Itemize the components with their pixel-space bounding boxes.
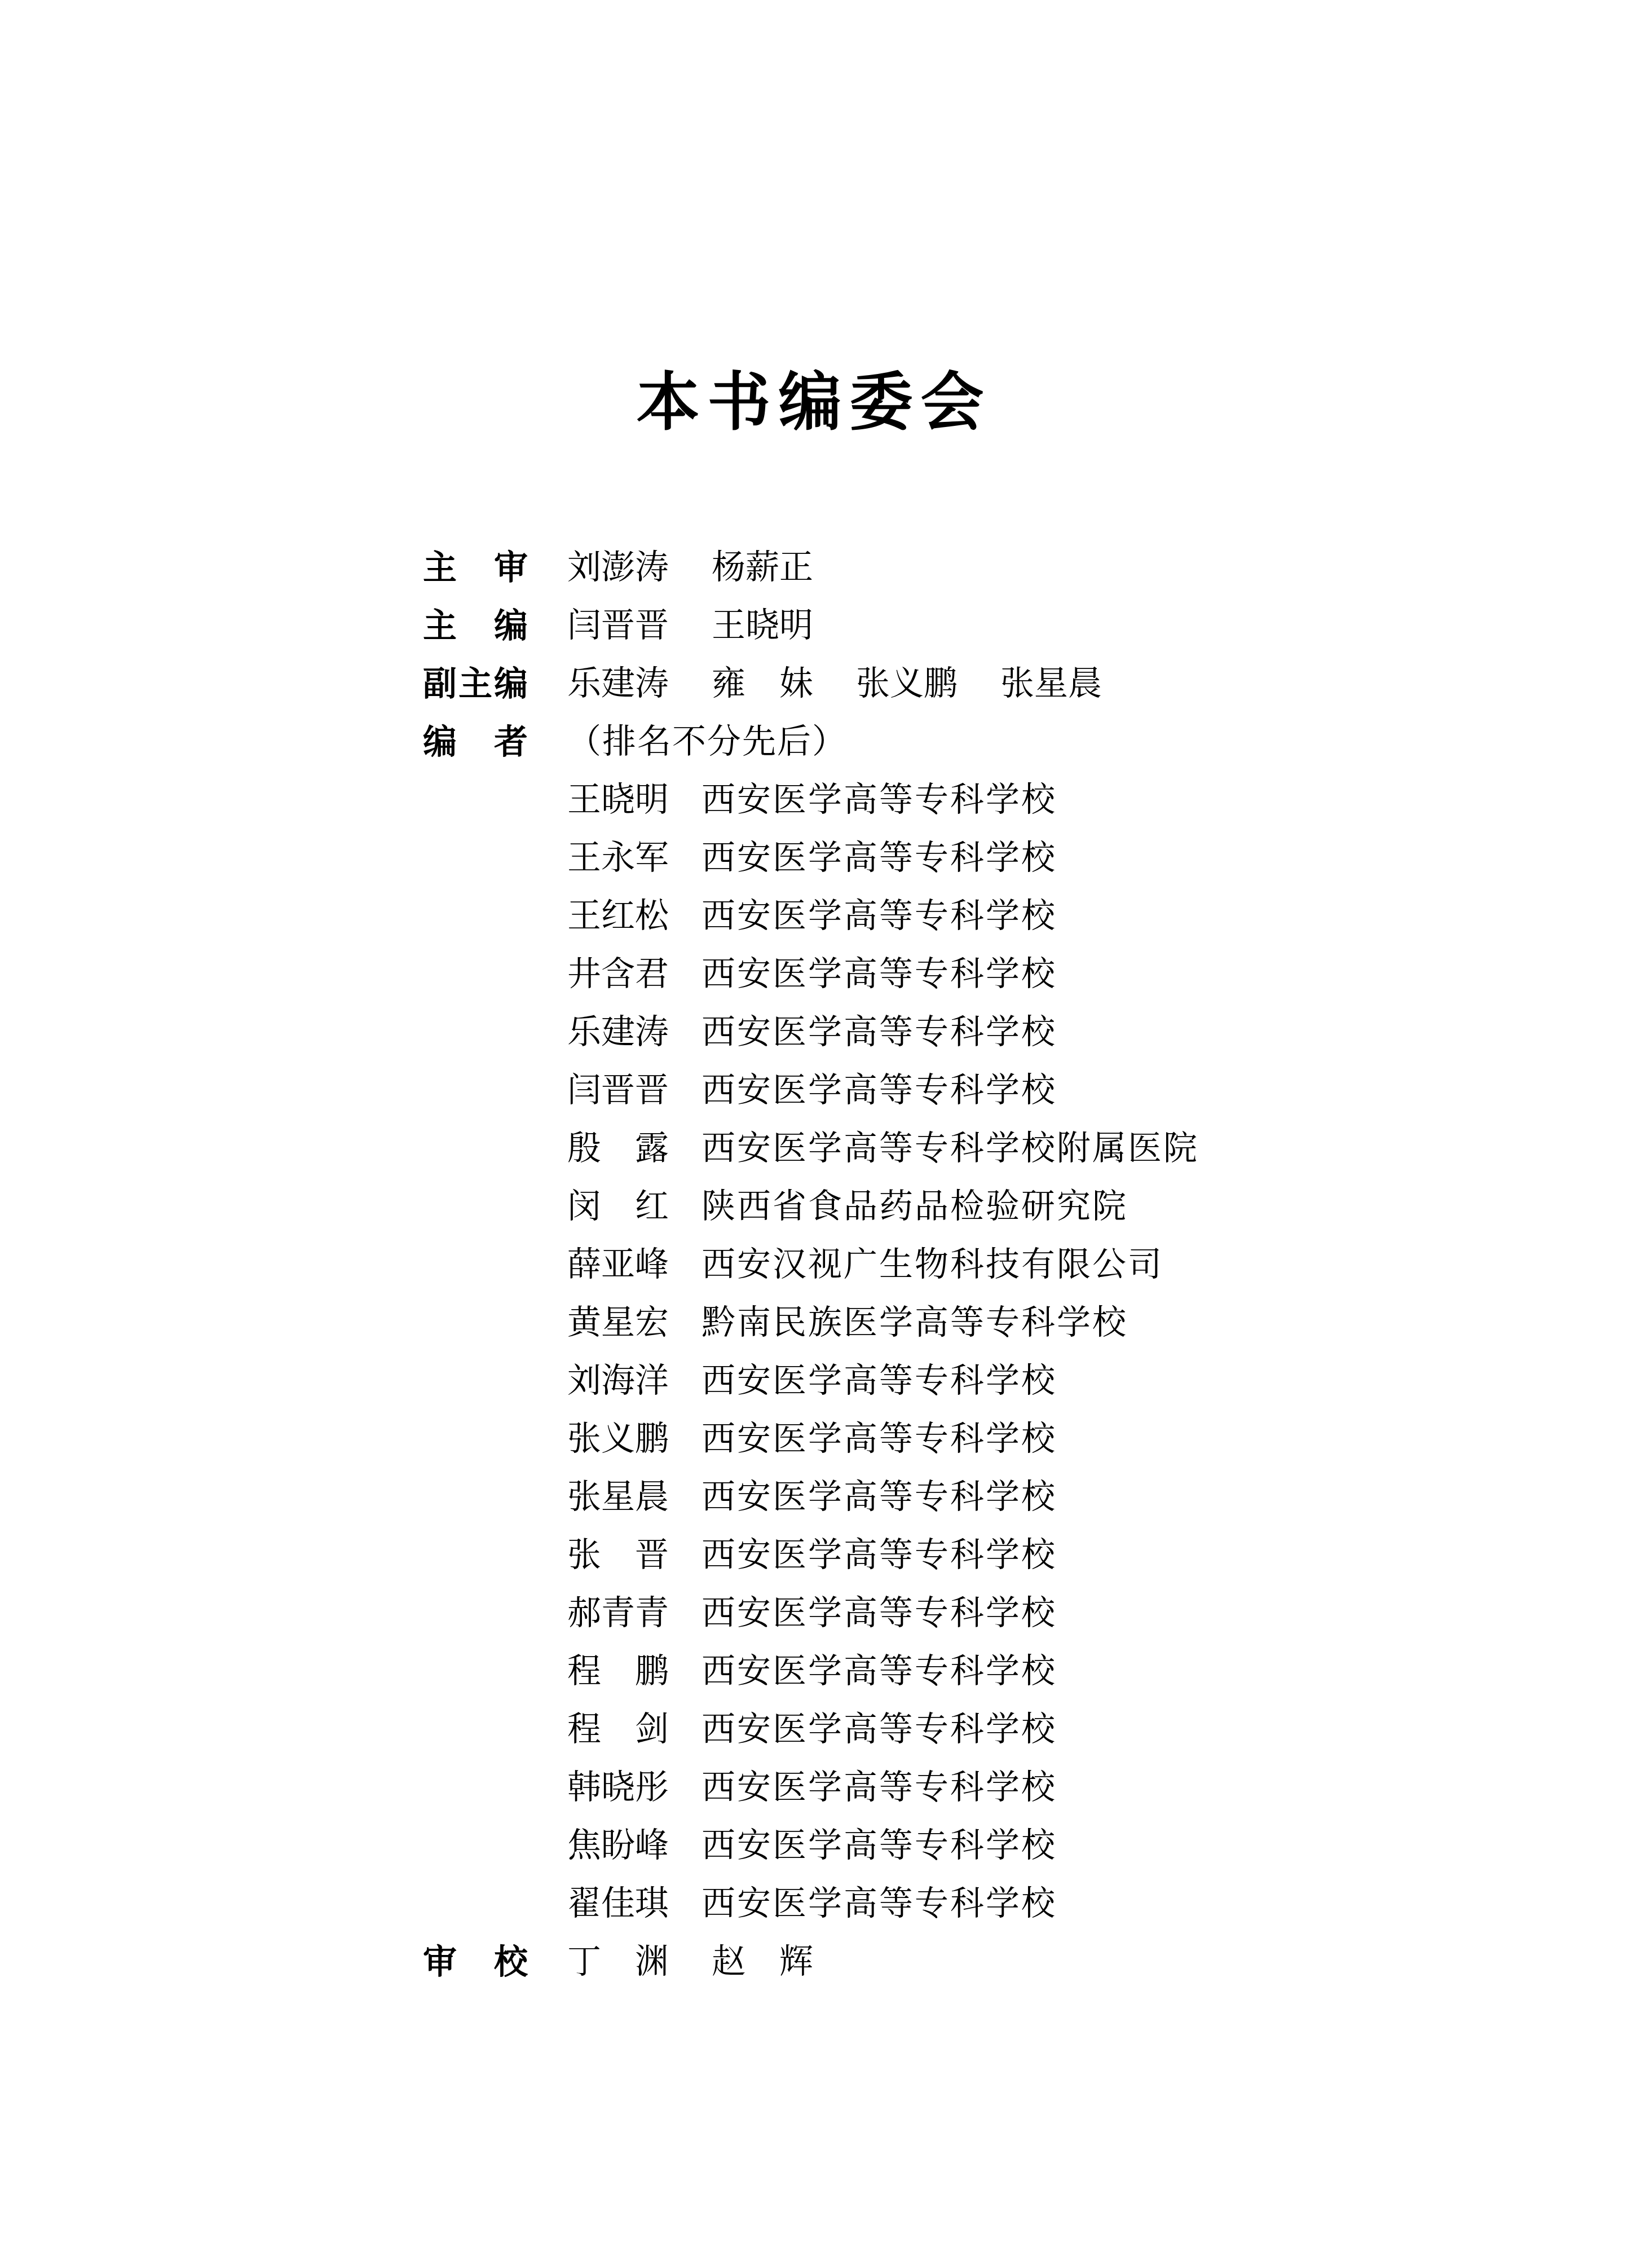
editor-affiliation: 黔南民族医学高等专科学校: [702, 1304, 1128, 1341]
person-name: 乐建涛: [567, 655, 669, 713]
person-name: 张星晨: [1000, 655, 1102, 713]
person-name: 杨薪正: [712, 539, 813, 597]
editor-affiliation: 西安医学高等专科学校: [702, 839, 1057, 877]
editor-name: 薛亚峰: [567, 1236, 669, 1294]
editor-affiliation: 西安医学高等专科学校: [702, 955, 1057, 993]
person-name: 雍 妹: [712, 655, 813, 713]
editor-name: 闵 红: [567, 1178, 669, 1236]
role-row-chief-editor: 主 编闫晋晋王晓明: [423, 597, 1199, 655]
editor-name: 乐建涛: [567, 1003, 669, 1062]
role-label: 副主编: [423, 655, 528, 713]
editor-affiliation: 西安医学高等专科学校: [702, 1711, 1057, 1748]
editor-row: 王晓明西安医学高等专科学校: [423, 771, 1199, 829]
editor-affiliation: 西安医学高等专科学校: [702, 781, 1057, 818]
editorial-board-page: 本书编委会 主 审刘澎涛杨薪正 主 编闫晋晋王晓明 副主编乐建涛雍 妹张义鹏张星…: [0, 0, 1628, 2268]
role-row-proofreaders: 审 校丁 渊赵 辉: [423, 1933, 1199, 1991]
editor-name: 井含君: [567, 945, 669, 1003]
editor-name: 黄星宏: [567, 1294, 669, 1352]
editor-name: 程 鹏: [567, 1642, 669, 1701]
editor-name: 刘海洋: [567, 1352, 669, 1410]
editor-row: 程 鹏西安医学高等专科学校: [423, 1642, 1199, 1701]
editor-row: 郝青青西安医学高等专科学校: [423, 1584, 1199, 1642]
editor-row: 王红松西安医学高等专科学校: [423, 887, 1199, 945]
editor-affiliation: 西安医学高等专科学校: [702, 1072, 1057, 1109]
editor-name: 翟佳琪: [567, 1875, 669, 1933]
editor-row: 韩晓彤西安医学高等专科学校: [423, 1759, 1199, 1817]
editor-row: 殷 露西安医学高等专科学校附属医院: [423, 1120, 1199, 1178]
editor-row: 张义鹏西安医学高等专科学校: [423, 1410, 1199, 1468]
editor-row: 王永军西安医学高等专科学校: [423, 829, 1199, 887]
editor-affiliation: 西安医学高等专科学校: [702, 1827, 1057, 1864]
page-title: 本书编委会: [0, 361, 1628, 446]
editor-name: 郝青青: [567, 1584, 669, 1642]
role-row-chief-reviewer: 主 审刘澎涛杨薪正: [423, 539, 1199, 597]
editor-affiliation: 陕西省食品药品检验研究院: [702, 1188, 1128, 1225]
editor-name: 韩晓彤: [567, 1759, 669, 1817]
role-label: 主 编: [423, 597, 528, 655]
editor-affiliation: 西安医学高等专科学校: [702, 1536, 1057, 1574]
editor-name: 殷 露: [567, 1120, 669, 1178]
person-name: 赵 辉: [712, 1933, 813, 1991]
editor-affiliation: 西安医学高等专科学校: [702, 1014, 1057, 1051]
role-label: 主 审: [423, 539, 528, 597]
editor-row: 张星晨西安医学高等专科学校: [423, 1468, 1199, 1526]
editor-affiliation: 西安汉视广生物科技有限公司: [702, 1246, 1163, 1283]
editor-name: 王红松: [567, 887, 669, 945]
role-label: 编 者: [423, 713, 528, 771]
person-name: 张义鹏: [856, 655, 958, 713]
editor-affiliation: 西安医学高等专科学校: [702, 1420, 1057, 1457]
editor-row: 薛亚峰西安汉视广生物科技有限公司: [423, 1236, 1199, 1294]
editor-affiliation: 西安医学高等专科学校: [702, 1595, 1057, 1632]
person-name: 闫晋晋: [567, 597, 669, 655]
editor-row: 井含君西安医学高等专科学校: [423, 945, 1199, 1003]
role-row-deputy-editor: 副主编乐建涛雍 妹张义鹏张星晨: [423, 655, 1199, 713]
editor-row: 程 剑西安医学高等专科学校: [423, 1701, 1199, 1759]
editor-affiliation: 西安医学高等专科学校: [702, 1769, 1057, 1806]
editor-row: 焦盼峰西安医学高等专科学校: [423, 1817, 1199, 1875]
role-row-editors: 编 者（排名不分先后）: [423, 713, 1199, 771]
editor-name: 王永军: [567, 829, 669, 887]
editor-row: 闫晋晋西安医学高等专科学校: [423, 1062, 1199, 1120]
editor-row: 乐建涛西安医学高等专科学校: [423, 1003, 1199, 1062]
editor-row: 刘海洋西安医学高等专科学校: [423, 1352, 1199, 1410]
person-name: 王晓明: [712, 597, 813, 655]
editor-row: 翟佳琪西安医学高等专科学校: [423, 1875, 1199, 1933]
editor-name: 焦盼峰: [567, 1817, 669, 1875]
editor-name: 闫晋晋: [567, 1062, 669, 1120]
person-name: 刘澎涛: [567, 539, 669, 597]
editor-affiliation: 西安医学高等专科学校: [702, 897, 1057, 935]
editor-affiliation: 西安医学高等专科学校: [702, 1478, 1057, 1516]
editor-affiliation: 西安医学高等专科学校附属医院: [702, 1130, 1199, 1167]
editor-name: 程 剑: [567, 1701, 669, 1759]
editor-name: 王晓明: [567, 771, 669, 829]
editor-row: 黄星宏黔南民族医学高等专科学校: [423, 1294, 1199, 1352]
editor-row: 闵 红陕西省食品药品检验研究院: [423, 1178, 1199, 1236]
editor-row: 张 晋西安医学高等专科学校: [423, 1526, 1199, 1584]
editor-name: 张义鹏: [567, 1410, 669, 1468]
editor-affiliation: 西安医学高等专科学校: [702, 1885, 1057, 1922]
role-label: 审 校: [423, 1933, 528, 1991]
editorial-board-list: 主 审刘澎涛杨薪正 主 编闫晋晋王晓明 副主编乐建涛雍 妹张义鹏张星晨 编 者（…: [423, 539, 1199, 1991]
editor-affiliation: 西安医学高等专科学校: [702, 1653, 1057, 1690]
editors-note: （排名不分先后）: [567, 723, 847, 760]
editor-name: 张 晋: [567, 1526, 669, 1584]
editor-name: 张星晨: [567, 1468, 669, 1526]
person-name: 丁 渊: [567, 1933, 669, 1991]
editor-affiliation: 西安医学高等专科学校: [702, 1362, 1057, 1399]
